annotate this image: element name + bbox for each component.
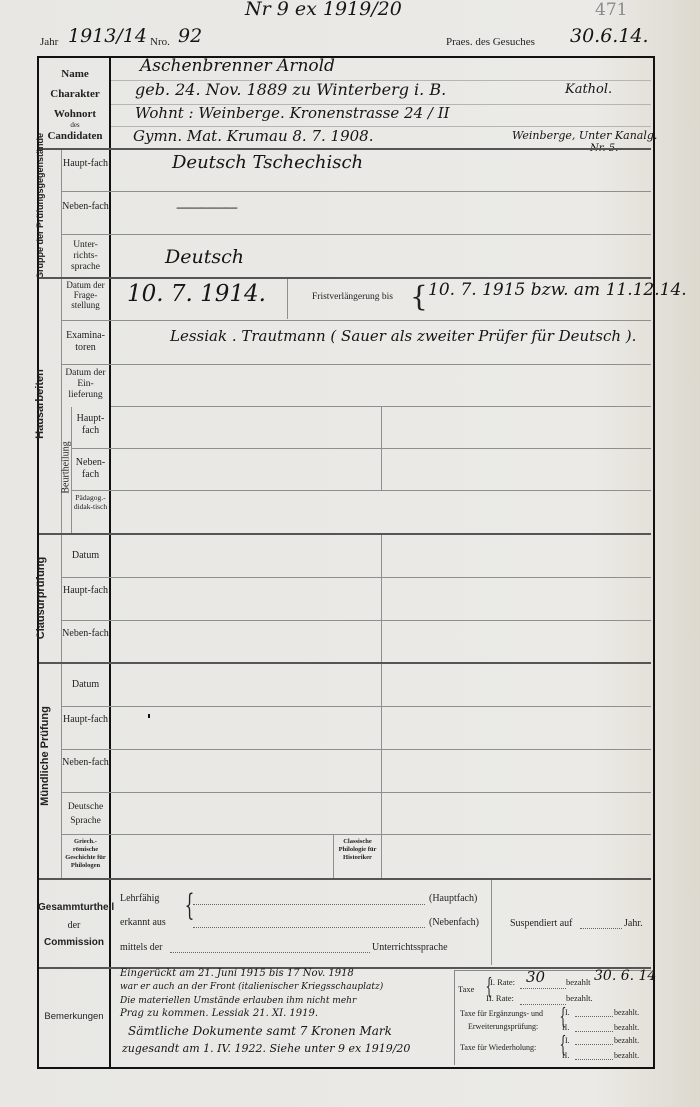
rate1-blank[interactable]: [520, 988, 566, 989]
section-rule: [39, 277, 651, 279]
wiederholung-bezahlt-1: bezahlt.: [614, 1036, 639, 1045]
ergaenzung-roman-1: I.: [565, 1008, 570, 1017]
candidate-address-2: Weinberge, Unter Kanalg.: [512, 129, 657, 142]
candidate-gymnasium: Gymn. Mat. Krumau 8. 7. 1908.: [133, 127, 373, 145]
gesammturtheil-label: Gesammturtheil: [38, 902, 110, 914]
ergaenzung-label-2: Erweiterungsprüfung:: [468, 1022, 538, 1031]
gruppe-nebenfach-label: Neben-fach: [62, 201, 109, 213]
jahr-value: 1913/14: [68, 25, 147, 47]
rule: [287, 279, 288, 319]
bemerkungen-line-6: zugesandt am 1. IV. 1922. Siehe unter 9 …: [122, 1042, 410, 1055]
label-charakter: Charakter: [40, 88, 110, 101]
fristverlaengerung-value: 10. 7. 1915 bzw. am 11.12.14.: [428, 280, 687, 300]
erkannt-aus-label: erkannt aus: [120, 917, 166, 929]
rule: [381, 664, 382, 878]
taxe-label: Taxe: [458, 985, 474, 995]
examinatoren-value: Lessiak . Trautmann ( Sauer als zweiter …: [170, 327, 636, 345]
nro-value: 92: [178, 25, 202, 47]
muendliche-datum-label: Datum: [62, 679, 109, 691]
ergaenzung-blank-2[interactable]: [575, 1031, 613, 1032]
ink-dot: [148, 714, 150, 718]
label-des: des: [40, 121, 110, 129]
rule: [72, 448, 651, 449]
section-rule: [39, 533, 651, 535]
hauptfach-paren-label: (Hauptfach): [429, 893, 477, 905]
rate1-label: I. Rate:: [490, 978, 515, 988]
rule: [61, 706, 651, 707]
gesammturtheil-commission-label: Commission: [38, 937, 110, 949]
nebenfach-blank[interactable]: [193, 927, 425, 928]
beurtheilung-nebenfach-label: Neben-fach: [72, 457, 109, 480]
rate1-date: 30. 6. 14: [594, 968, 656, 984]
label-wohnort: Wohnort: [40, 108, 110, 121]
hauptfach-blank[interactable]: [193, 904, 425, 905]
ergaenzung-blank-1[interactable]: [575, 1016, 613, 1017]
clausur-datum-label: Datum: [62, 550, 109, 562]
fristverlaengerung-label: Fristverlängerung bis: [312, 292, 393, 303]
gruppe-hauptfach-label: Haupt-fach: [62, 158, 109, 170]
bemerkungen-line-1: Eingerückt am 21. Juni 1915 bis 17 Nov. …: [120, 968, 354, 979]
jahr-label: Jahr: [40, 36, 58, 49]
exam-record-page: Nr 9 ex 1919/20 471 Jahr 1913/14 Nro. 92…: [0, 0, 700, 1107]
page-number: 471: [595, 0, 627, 20]
gesammturtheil-der-label: der: [38, 920, 110, 932]
rate2-bezahlt: bezahlt.: [566, 994, 593, 1004]
muendliche-nebenfach-label: Neben-fach: [62, 757, 109, 769]
lehrfaehig-label: Lehrfähig: [120, 893, 159, 905]
rule: [381, 406, 382, 490]
wiederholung-roman-1: I.: [565, 1036, 570, 1045]
bemerkungen-label: Bemerkungen: [38, 1012, 110, 1023]
label-name: Name: [40, 68, 110, 81]
ergaenzung-roman-2: II.: [562, 1023, 569, 1032]
wiederholung-bezahlt-2: bezahlt.: [614, 1051, 639, 1060]
rate2-label: II. Rate:: [486, 994, 514, 1004]
rule: [61, 792, 651, 793]
brace: {: [185, 888, 195, 923]
beurtheilung-paedagog-label: Pädagog.-didak-tisch: [72, 494, 109, 511]
wiederholung-label: Taxe für Wiederholung:: [460, 1043, 536, 1052]
bemerkungen-line-2: war er auch an der Front (italienischer …: [120, 982, 383, 992]
ergaenzung-bezahlt-2: bezahlt.: [614, 1023, 639, 1032]
rule: [61, 577, 651, 578]
suspendiert-label: Suspendiert auf: [510, 918, 573, 930]
rule: [61, 749, 651, 750]
gruppe-unterrichtssprache-value: Deutsch: [165, 246, 244, 268]
praes-label: Praes. des Gesuches: [446, 36, 535, 49]
brace: {: [410, 280, 428, 313]
nro-label: Nro.: [150, 36, 170, 49]
griech-label: Griech.-römische Geschichte für Philolog…: [62, 838, 109, 870]
datum-einlieferung-label: Datum der Ein-lieferung: [62, 368, 109, 401]
gruppe-section-label: Gruppe der Prüfungsgegenstände: [35, 143, 45, 279]
rate1-value: 30: [526, 968, 545, 986]
gruppe-hauptfach-value: Deutsch Tschechisch: [172, 152, 363, 173]
rule: [61, 234, 651, 235]
section-rule: [39, 662, 651, 664]
nebenfach-paren-label: (Nebenfach): [429, 917, 479, 929]
datum-fragestellung-value: 10. 7. 1914.: [127, 281, 266, 307]
suspendiert-jahr-label: Jahr.: [624, 918, 643, 930]
suspendiert-blank[interactable]: [580, 928, 622, 929]
section-rule: [39, 878, 651, 880]
beurtheilung-hauptfach-label: Haupt-fach: [72, 413, 109, 436]
rule: [61, 191, 651, 192]
clausur-hauptfach-label: Haupt-fach: [62, 585, 109, 597]
hausarbeiten-section-label: Hausarbeiten: [34, 354, 46, 454]
rule: [61, 620, 651, 621]
clausur-section-label: Clausurprüfung: [35, 548, 47, 648]
wiederholung-blank-1[interactable]: [575, 1044, 613, 1045]
label-candidaten: Candidaten: [40, 130, 110, 143]
gruppe-unterrichtssprache-label: Unter-richts-sprache: [62, 240, 109, 273]
ergaenzung-label-1: Taxe für Ergänzungs- und: [460, 1009, 543, 1018]
datum-fragestellung-label: Datum der Frage-stellung: [62, 280, 109, 310]
rule: [61, 834, 651, 835]
section-rule: [39, 148, 651, 150]
candidate-religion: Kathol.: [565, 82, 612, 97]
clausur-nebenfach-label: Neben-fach: [62, 628, 109, 640]
gruppe-nebenfach-value: —————: [176, 200, 236, 216]
beurtheilung-label: Beurtheilung: [61, 428, 72, 508]
muendliche-hauptfach-label: Haupt-fach: [62, 714, 109, 726]
bemerkungen-line-3: Die materiellen Umstände erlauben ihm ni…: [120, 996, 356, 1006]
bemerkungen-line-4: Prag zu kommen. Lessiak 21. XI. 1919.: [120, 1008, 318, 1019]
deutsche-sprache-label: Deutsche Sprache: [62, 800, 109, 828]
ergaenzung-bezahlt-1: bezahlt.: [614, 1008, 639, 1017]
rule: [491, 880, 492, 965]
candidate-residence: Wohnt : Weinberge. Kronenstrasse 24 / II: [135, 104, 450, 122]
mittels-der-label: mittels der: [120, 942, 163, 954]
classische-label: Classische Philologie für Historiker: [334, 838, 381, 862]
unterrichtssprache-blank[interactable]: [170, 952, 370, 953]
examinatoren-label: Examina-toren: [62, 330, 109, 353]
rate1-bezahlt: bezahlt: [566, 978, 591, 988]
wiederholung-roman-2: II.: [562, 1051, 569, 1060]
bemerkungen-line-5: Sämtliche Dokumente samt 7 Kronen Mark: [128, 1024, 392, 1038]
rule: [72, 490, 651, 491]
candidate-name: Aschenbrenner Arnold: [140, 56, 335, 76]
top-note: Nr 9 ex 1919/20: [245, 0, 402, 20]
rule: [381, 535, 382, 662]
praes-value: 30.6.14.: [570, 25, 649, 47]
muendliche-section-label: Mündliche Prüfung: [39, 696, 51, 816]
rule: [61, 364, 651, 365]
rule: [61, 320, 651, 321]
unterrichtssprache-label: Unterrichtssprache: [372, 942, 448, 954]
label-column-divider: [109, 56, 111, 1067]
wiederholung-blank-2[interactable]: [575, 1059, 613, 1060]
candidate-birth: geb. 24. Nov. 1889 zu Winterberg i. B.: [135, 80, 446, 99]
